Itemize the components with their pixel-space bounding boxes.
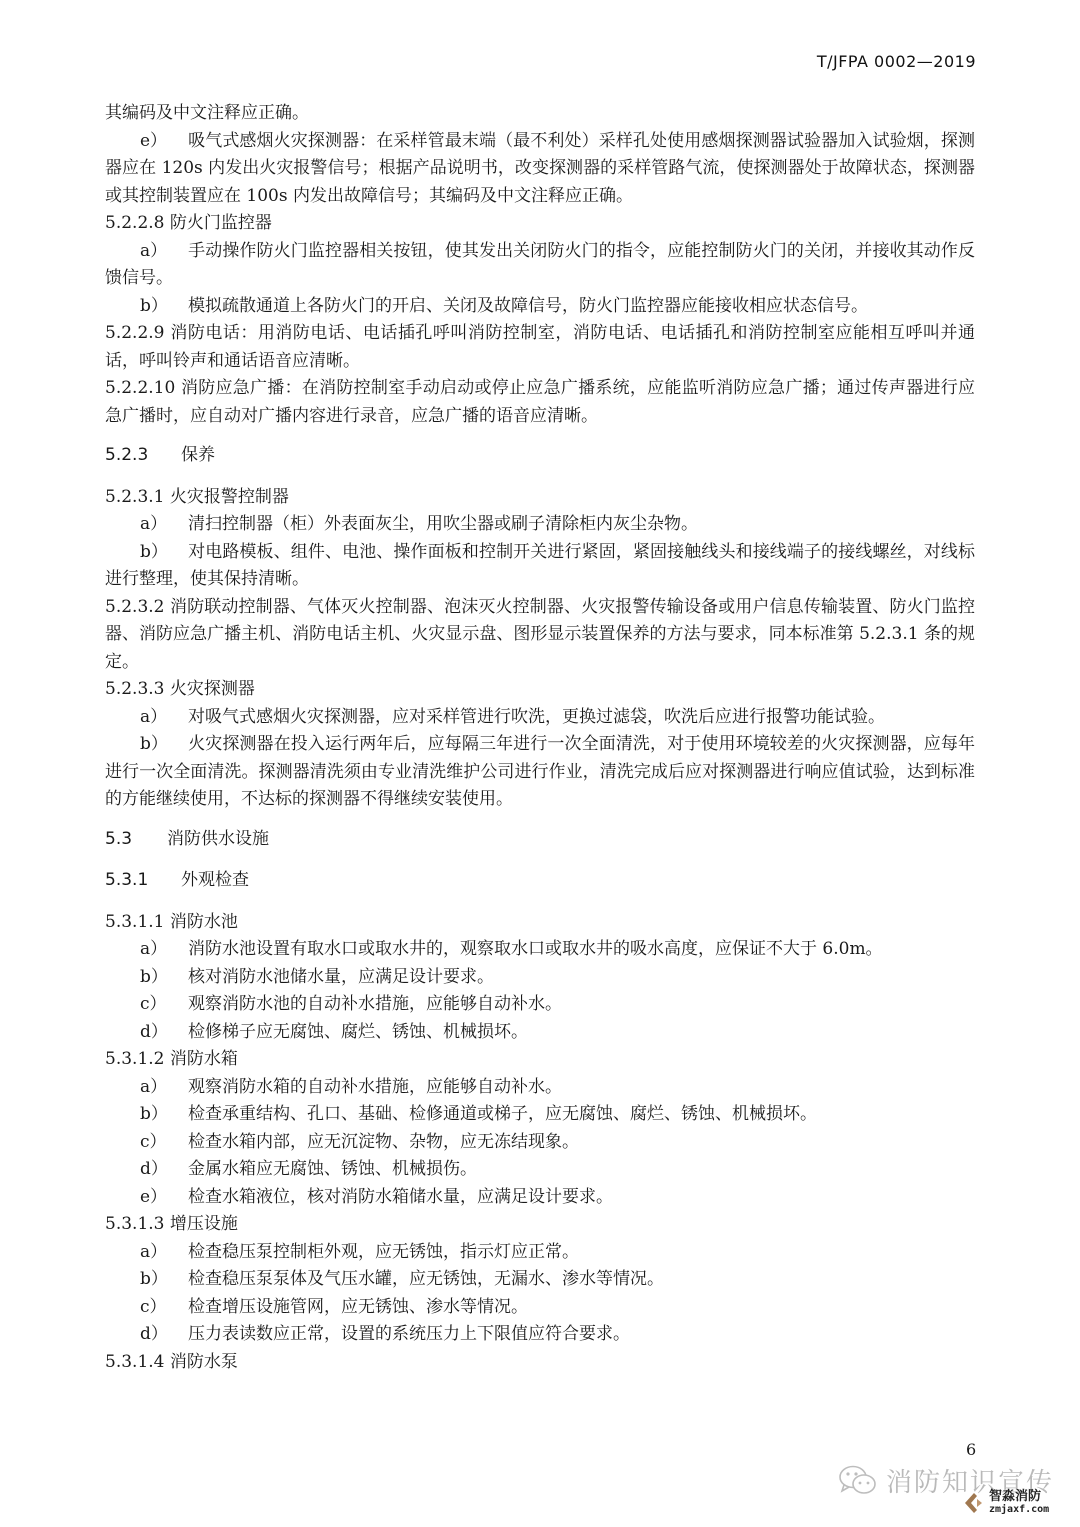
item-mark: b） — [140, 731, 188, 759]
item-text: 检查水箱内部，应无沉淀物、杂物，应无冻结现象。 — [188, 1129, 975, 1157]
heading-text: 保养 — [181, 445, 215, 465]
item-mark: c） — [140, 991, 188, 1019]
list-item-d: d）金属水箱应无腐蚀、锈蚀、机械损伤。 — [105, 1156, 975, 1184]
list-item-a: a）消防水池设置有取水口或取水井的，观察取水口或取水井的吸水高度，应保证不大于 … — [105, 936, 975, 964]
list-item-d: d）压力表读数应正常，设置的系统压力上下限值应符合要求。 — [105, 1321, 975, 1349]
list-item-b: b）检查承重结构、孔口、基础、检修通道或梯子，应无腐蚀、腐烂、锈蚀、机械损坏。 — [105, 1101, 975, 1129]
item-text: 清扫控制器（柜）外表面灰尘，用吹尘器或刷子清除柜内灰尘杂物。 — [188, 514, 698, 534]
item-text: 观察消防水箱的自动补水措施，应能够自动补水。 — [188, 1074, 975, 1102]
clause-5-2-2-10: 5.2.2.10 消防应急广播：在消防控制室手动启动或停止应急广播系统，应能监听… — [105, 375, 975, 430]
document-code: T/JFPA 0002—2019 — [817, 52, 976, 71]
item-mark: b） — [140, 1266, 188, 1294]
site-logo: 智淼消防 zmjaxf.com — [963, 1490, 1049, 1516]
list-item-b: b）火灾探测器在投入运行两年后，应每隔三年进行一次全面清洗，对于使用环境较差的火… — [105, 731, 975, 814]
list-item-a: a）检查稳压泵控制柜外观，应无锈蚀，指示灯应正常。 — [105, 1239, 975, 1267]
item-mark: c） — [140, 1294, 188, 1322]
item-mark: b） — [140, 293, 188, 321]
clause-5-2-3-1: 5.2.3.1 火灾报警控制器 — [105, 484, 975, 512]
list-item-a: a）对吸气式感烟火灾探测器，应对采样管进行吹洗，更换过滤袋，吹洗后应进行报警功能… — [105, 704, 975, 732]
item-text: 检修梯子应无腐蚀、腐烂、锈蚀、机械损坏。 — [188, 1019, 975, 1047]
item-text: 检查承重结构、孔口、基础、检修通道或梯子，应无腐蚀、腐烂、锈蚀、机械损坏。 — [188, 1101, 975, 1129]
clause-5-2-2-8: 5.2.2.8 防火门监控器 — [105, 210, 975, 238]
list-item-a: a）观察消防水箱的自动补水措施，应能够自动补水。 — [105, 1074, 975, 1102]
document-body: 其编码及中文注释应正确。 e）吸气式感烟火灾探测器：在采样管最末端（最不利处）采… — [105, 100, 975, 1376]
item-text: 检查水箱液位，核对消防水箱储水量，应满足设计要求。 — [188, 1184, 975, 1212]
item-mark: d） — [140, 1321, 188, 1349]
item-mark: b） — [140, 539, 188, 567]
list-item-b: b）对电路模板、组件、电池、操作面板和控制开关进行紧固，紧固接触线头和接线端子的… — [105, 539, 975, 594]
item-mark: b） — [140, 964, 188, 992]
heading-text: 外观检查 — [181, 870, 249, 890]
item-text: 检查增压设施管网，应无锈蚀、渗水等情况。 — [188, 1294, 975, 1322]
list-item-c: c）检查水箱内部，应无沉淀物、杂物，应无冻结现象。 — [105, 1129, 975, 1157]
item-mark: b） — [140, 1101, 188, 1129]
heading-number: 5.3.1 — [105, 867, 181, 895]
item-mark: a） — [140, 238, 188, 266]
heading-5-3: 5.3消防供水设施 — [105, 826, 975, 854]
heading-number: 5.2.3 — [105, 442, 181, 470]
clause-5-3-1-2: 5.3.1.2 消防水箱 — [105, 1046, 975, 1074]
list-item-b: b）检查稳压泵泵体及气压水罐，应无锈蚀，无漏水、渗水等情况。 — [105, 1266, 975, 1294]
paragraph-continuation: 其编码及中文注释应正确。 — [105, 100, 975, 128]
heading-number: 5.3 — [105, 826, 167, 854]
item-mark: a） — [140, 936, 188, 964]
list-item-b: b）核对消防水池储水量，应满足设计要求。 — [105, 964, 975, 992]
heading-5-3-1: 5.3.1外观检查 — [105, 867, 975, 895]
clause-5-2-3-2: 5.2.3.2 消防联动控制器、气体灭火控制器、泡沫灭火控制器、火灾报警传输设备… — [105, 594, 975, 677]
list-item-a: a）清扫控制器（柜）外表面灰尘，用吹尘器或刷子清除柜内灰尘杂物。 — [105, 511, 975, 539]
heading-5-2-3: 5.2.3保养 — [105, 442, 975, 470]
item-mark: c） — [140, 1129, 188, 1157]
item-text: 手动操作防火门监控器相关按钮，使其发出关闭防火门的指令，应能控制防火门的关闭，并… — [105, 241, 975, 289]
item-text: 模拟疏散通道上各防火门的开启、关闭及故障信号，防火门监控器应能接收相应状态信号。 — [188, 296, 868, 316]
item-mark: a） — [140, 704, 188, 732]
item-mark: a） — [140, 1074, 188, 1102]
wechat-icon — [838, 1464, 878, 1498]
item-mark: e） — [140, 128, 188, 156]
list-item-a: a）手动操作防火门监控器相关按钮，使其发出关闭防火门的指令，应能控制防火门的关闭… — [105, 238, 975, 293]
item-mark: d） — [140, 1156, 188, 1184]
clause-5-3-1-3: 5.3.1.3 增压设施 — [105, 1211, 975, 1239]
item-text: 火灾探测器在投入运行两年后，应每隔三年进行一次全面清洗，对于使用环境较差的火灾探… — [105, 734, 975, 809]
item-text: 观察消防水池的自动补水措施，应能够自动补水。 — [188, 991, 975, 1019]
list-item-b: b）模拟疏散通道上各防火门的开启、关闭及故障信号，防火门监控器应能接收相应状态信… — [105, 293, 975, 321]
list-item-e: e）检查水箱液位，核对消防水箱储水量，应满足设计要求。 — [105, 1184, 975, 1212]
item-text: 压力表读数应正常，设置的系统压力上下限值应符合要求。 — [188, 1321, 975, 1349]
item-text: 对吸气式感烟火灾探测器，应对采样管进行吹洗，更换过滤袋，吹洗后应进行报警功能试验… — [188, 707, 885, 727]
page-number: 6 — [966, 1440, 976, 1459]
clause-5-2-2-9: 5.2.2.9 消防电话：用消防电话、电话插孔呼叫消防控制室，消防电话、电话插孔… — [105, 320, 975, 375]
item-mark: a） — [140, 1239, 188, 1267]
item-text: 检查稳压泵泵体及气压水罐，应无锈蚀，无漏水、渗水等情况。 — [188, 1266, 975, 1294]
item-mark: e） — [140, 1184, 188, 1212]
item-mark: d） — [140, 1019, 188, 1047]
item-text: 对电路模板、组件、电池、操作面板和控制开关进行紧固，紧固接触线头和接线端子的接线… — [105, 542, 975, 590]
item-text: 吸气式感烟火灾探测器：在采样管最末端（最不利处）采样孔处使用感烟探测器试验器加入… — [105, 131, 975, 206]
list-item-c: c）检查增压设施管网，应无锈蚀、渗水等情况。 — [105, 1294, 975, 1322]
logo-mark-icon — [963, 1491, 985, 1515]
item-text: 检查稳压泵控制柜外观，应无锈蚀，指示灯应正常。 — [188, 1239, 975, 1267]
item-text: 核对消防水池储水量，应满足设计要求。 — [188, 964, 975, 992]
list-item-e: e）吸气式感烟火灾探测器：在采样管最末端（最不利处）采样孔处使用感烟探测器试验器… — [105, 128, 975, 211]
clause-5-2-3-3: 5.2.3.3 火灾探测器 — [105, 676, 975, 704]
list-item-d: d）检修梯子应无腐蚀、腐烂、锈蚀、机械损坏。 — [105, 1019, 975, 1047]
item-text: 消防水池设置有取水口或取水井的，观察取水口或取水井的吸水高度，应保证不大于 6.… — [188, 936, 975, 964]
item-mark: a） — [140, 511, 188, 539]
clause-5-3-1-1: 5.3.1.1 消防水池 — [105, 909, 975, 937]
item-text: 金属水箱应无腐蚀、锈蚀、机械损伤。 — [188, 1156, 975, 1184]
clause-5-3-1-4: 5.3.1.4 消防水泵 — [105, 1349, 975, 1377]
logo-name: 智淼消防 — [989, 1490, 1049, 1503]
logo-url: zmjaxf.com — [989, 1503, 1049, 1516]
list-item-c: c）观察消防水池的自动补水措施，应能够自动补水。 — [105, 991, 975, 1019]
heading-text: 消防供水设施 — [167, 829, 269, 849]
